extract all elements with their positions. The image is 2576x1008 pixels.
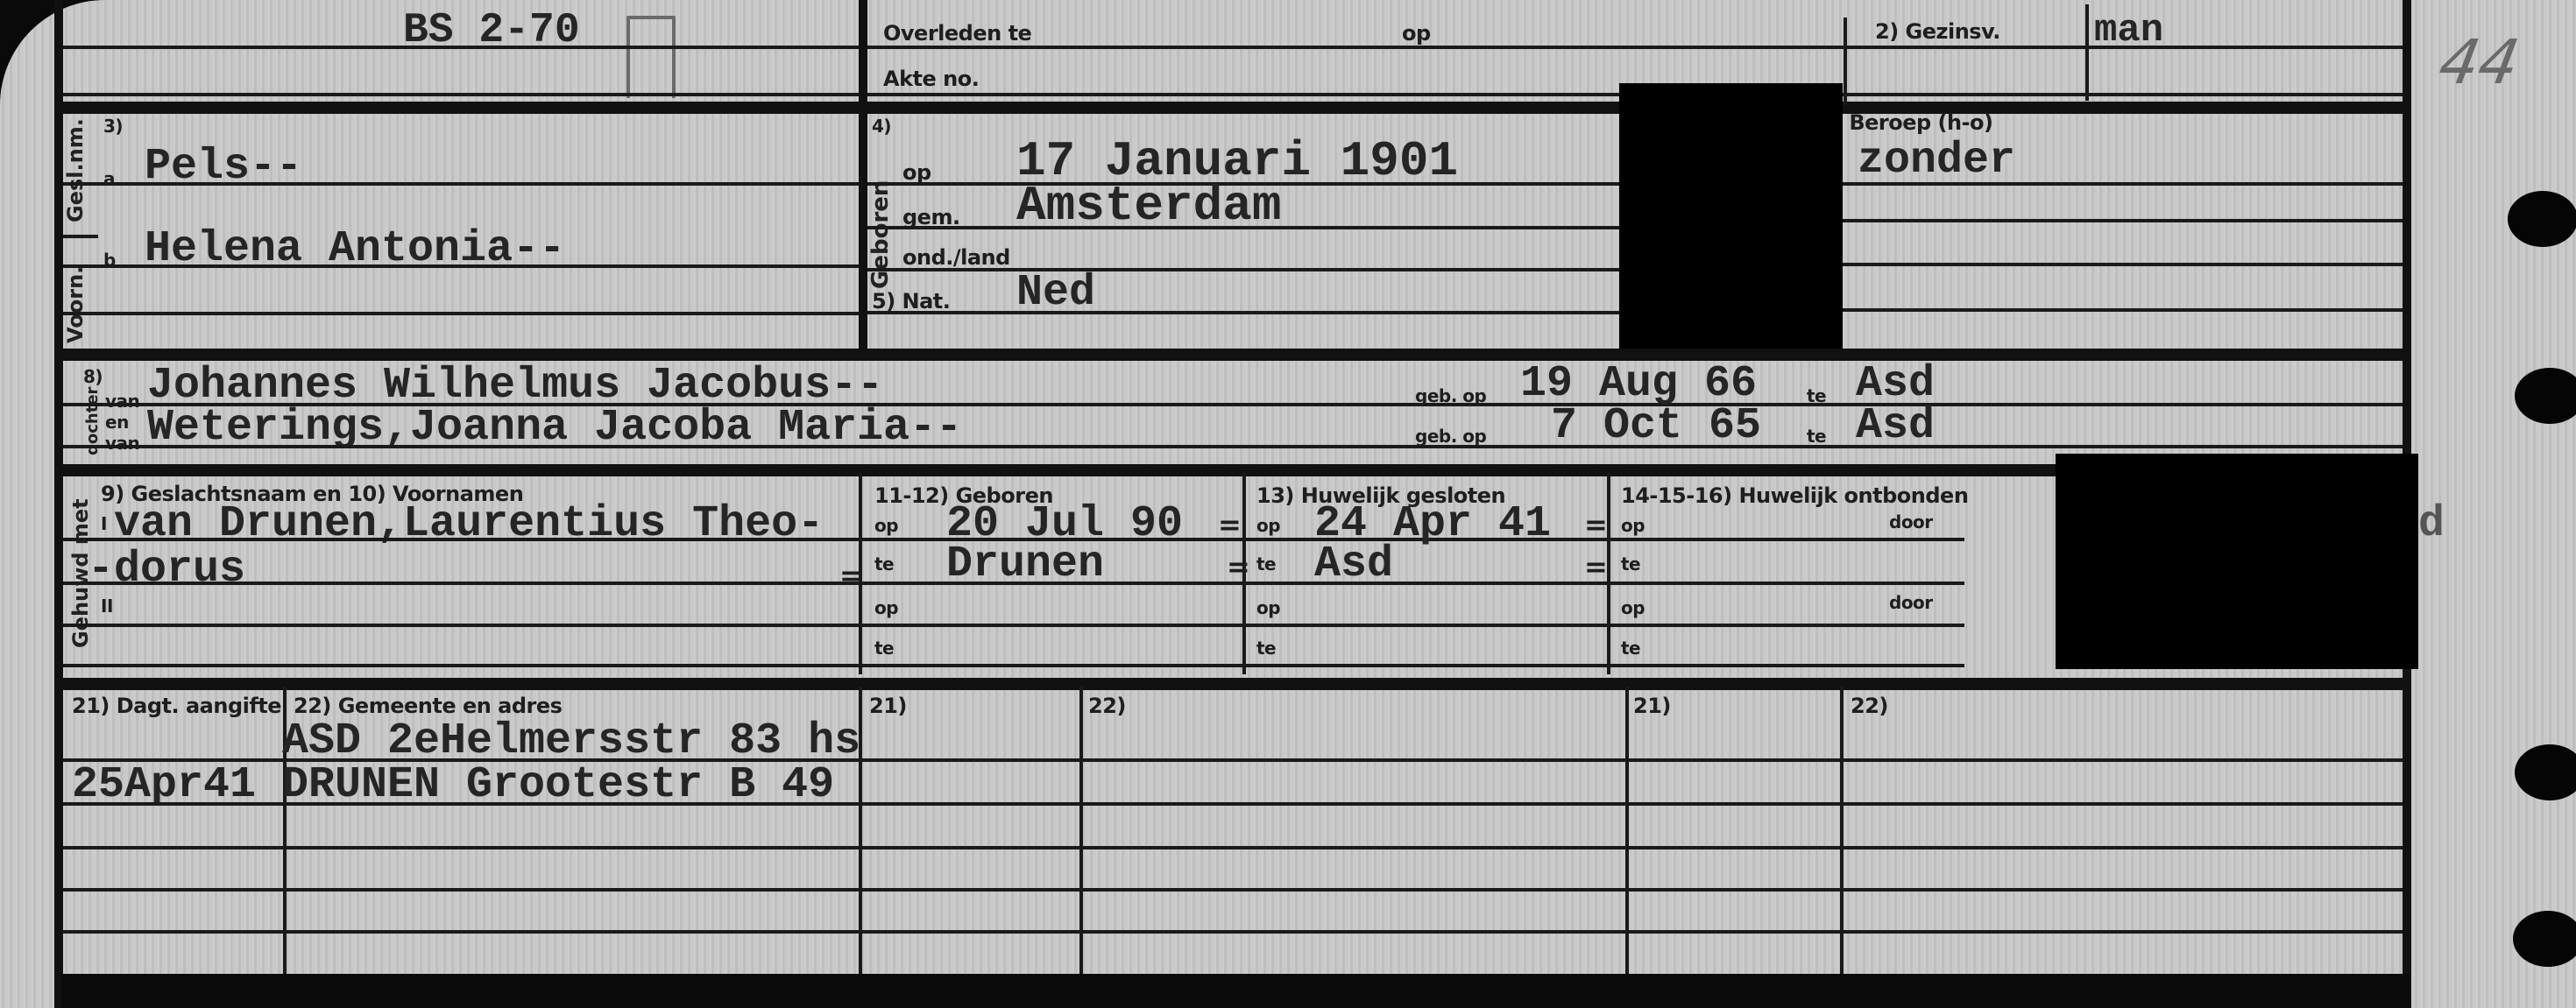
column-divider (859, 112, 867, 350)
mother-birth-date: 7 Oct 65 (1551, 401, 1761, 451)
divider (63, 445, 2403, 448)
dissolved-door-label: door (1889, 511, 1933, 532)
occupation-label: ) Beroep (h-o) (1833, 110, 1993, 135)
divider (63, 93, 2403, 96)
ditto-mark: = (1584, 508, 1607, 541)
mother-te-label: te (1807, 426, 1826, 447)
ditto-mark: = (1218, 508, 1241, 541)
father-te-label: te (1807, 385, 1826, 406)
divider (63, 888, 2403, 892)
punch-hole-icon (2515, 368, 2576, 424)
handwritten-mark-icon (626, 16, 676, 98)
dissolved-op-label: op (1621, 515, 1645, 536)
spouse-birth-te-label-2: te (874, 638, 894, 659)
marriage-te-label-2: te (1256, 638, 1276, 659)
divider (63, 264, 859, 268)
divider (63, 182, 859, 186)
spouse-name-line2: -dorus (88, 545, 245, 595)
spouse-name-line1: van Drunen,Laurentius Theo- (114, 499, 824, 549)
dissolved-te-label: te (1621, 553, 1640, 574)
divider (63, 235, 98, 238)
birth-op-label: op (902, 160, 931, 185)
field-8-label: 8) (83, 366, 103, 387)
handwritten-page-number: 44 (2434, 26, 2525, 98)
field-4-label: 4) (872, 116, 891, 137)
col5-header: 21) (1633, 694, 1671, 718)
section-divider (63, 464, 2403, 476)
divider (63, 312, 859, 315)
person-card: 44 BS 2-70 Overleden te op Akte no. 2) G… (0, 0, 2576, 1008)
akte-label: Akte no. (883, 67, 979, 91)
marriage-op-label: op (1256, 515, 1280, 536)
overleden-op-label: op (1402, 21, 1431, 46)
divider (1833, 308, 2403, 312)
gezinsv-value: man (2094, 9, 2163, 53)
roman-1-marker: I (101, 513, 107, 534)
divider (63, 624, 1964, 627)
punch-hole-icon (2513, 911, 2576, 967)
birth-ond-land-label: ond./land (902, 245, 1010, 270)
section-divider (63, 678, 2403, 690)
gezinsv-label: 2) Gezinsv. (1875, 19, 2000, 44)
scan-bottom-edge (61, 974, 2410, 1008)
spouse-birth-op-label: op (874, 515, 898, 536)
ditto-mark: = (1584, 550, 1607, 583)
huwelijk-ontbonden-header: 14-15-16) Huwelijk ontbonden (1621, 483, 1968, 508)
spouse-birth-place: Drunen (946, 539, 1104, 589)
divider (63, 802, 2403, 806)
roman-2-marker: II (101, 596, 113, 617)
column-divider (2085, 4, 2089, 101)
divider (1833, 219, 2403, 222)
spouse-birth-te-label: te (874, 553, 894, 574)
spouse-birth-op-label-2: op (874, 597, 898, 618)
partial-text: d (2418, 499, 2445, 549)
nationality-label: 5) Nat. (872, 289, 950, 314)
column-divider (1844, 18, 1847, 105)
divider (1833, 182, 2403, 186)
col3-header: 21) (869, 694, 907, 718)
mother-van-label: van (105, 433, 139, 454)
divider (63, 46, 2403, 49)
punch-hole-icon (2508, 191, 2576, 247)
father-geb-op-label: geb. op (1415, 385, 1486, 406)
section-divider (63, 102, 2403, 114)
geboren-side-label: Geboren (867, 180, 894, 289)
mother-geb-op-label: geb. op (1415, 426, 1486, 447)
voornamen-side-label: Voorn. (63, 266, 88, 343)
column-divider (859, 0, 867, 112)
overleden-label: Overleden te (883, 21, 1031, 46)
a-marker: a (103, 168, 115, 189)
marriage-te-label: te (1256, 553, 1276, 574)
gemeente-adres-header: 22) Gemeente en adres (294, 694, 562, 718)
column-divider (1607, 473, 1610, 674)
divider (63, 664, 1964, 667)
frame-left-border (54, 0, 63, 1008)
dissolved-op-label-2: op (1621, 597, 1645, 618)
geslachtsnaam-side-label: Gesl.nm. (63, 118, 88, 222)
punch-hole-icon (2515, 744, 2576, 800)
ditto-mark: = (1227, 550, 1249, 583)
marriage-op-label-2: op (1256, 597, 1280, 618)
occupation-value: zonder (1858, 136, 2015, 186)
section-divider (63, 349, 2403, 361)
redaction-box (2056, 454, 2418, 669)
divider (1833, 263, 2403, 266)
divider (63, 930, 2403, 934)
mother-en-label: en (105, 412, 129, 433)
col6-header: 22) (1851, 694, 1888, 718)
field-3-label: 3) (103, 116, 123, 137)
divider (63, 846, 2403, 849)
column-divider (859, 473, 862, 674)
col4-header: 22) (1088, 694, 1126, 718)
father-van-label: van (105, 391, 139, 412)
mother-birth-place: Asd (1856, 401, 1935, 451)
marriage-place: Asd (1314, 539, 1393, 589)
dagt-aangifte-header: 21) Dagt. aangifte (72, 694, 281, 718)
dissolved-door-label-2: door (1889, 592, 1933, 613)
redaction-box (1619, 83, 1843, 356)
dissolved-te-label-2: te (1621, 638, 1640, 659)
